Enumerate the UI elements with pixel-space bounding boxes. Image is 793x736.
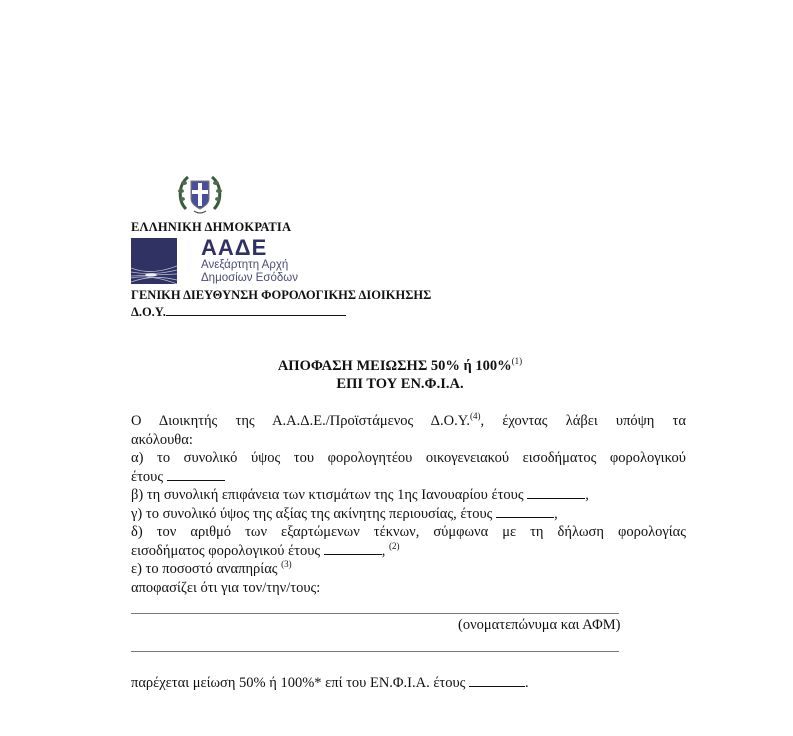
document-title: ΑΠΟΦΑΣΗ ΜΕΙΩΣΗΣ 50% ή 100%(1) bbox=[130, 358, 670, 375]
title-line1: ΑΠΟΦΑΣΗ ΜΕΙΩΣΗΣ 50% ή 100% bbox=[278, 358, 512, 374]
aade-title: ΑΑΔΕ bbox=[201, 235, 267, 261]
footnote-ref-4: (4) bbox=[470, 411, 481, 421]
item-b-text: β) τη συνολική επιφάνεια των κτισμάτων τ… bbox=[131, 487, 524, 503]
item-d-text: εισοδήματος φορολογικού έτους bbox=[131, 543, 320, 559]
item-b-year-field[interactable] bbox=[527, 486, 585, 499]
item-d-line1: δ) τον αριθμό των εξαρτώμενων τέκνων, σύ… bbox=[131, 523, 686, 542]
item-a-year-field[interactable] bbox=[167, 468, 225, 481]
greek-coat-of-arms-icon bbox=[176, 171, 224, 217]
footnote-ref-3: (3) bbox=[281, 559, 292, 569]
item-a-line1: α) το συνολικό ύψος του φορολογητέου οικ… bbox=[131, 449, 686, 468]
final-year-field[interactable] bbox=[469, 674, 525, 687]
item-b-comma: , bbox=[585, 487, 589, 503]
intro-line2: ακόλουθα: bbox=[131, 431, 686, 450]
document-subtitle: ΕΠΙ ΤΟΥ ΕΝ.Φ.Ι.Α. bbox=[130, 376, 670, 393]
item-c-comma: , bbox=[554, 506, 558, 522]
final-text: παρέχεται μείωση 50% ή 100%* επί του ΕΝ.… bbox=[131, 675, 465, 691]
doy-blank-field[interactable] bbox=[166, 303, 346, 316]
item-a-line2: έτους bbox=[131, 468, 686, 487]
item-b: β) τη συνολική επιφάνεια των κτισμάτων τ… bbox=[131, 486, 686, 505]
footnote-ref-1: (1) bbox=[512, 356, 523, 366]
footnote-ref-2: (2) bbox=[389, 541, 400, 551]
item-d-comma: , bbox=[382, 543, 386, 559]
doy-field-row: Δ.Ο.Υ. bbox=[131, 303, 346, 320]
intro-text-cont: , έχοντας λάβει υπόψη τα bbox=[481, 413, 686, 429]
beneficiary-name-field-2[interactable] bbox=[131, 651, 619, 652]
doy-label: Δ.Ο.Υ. bbox=[131, 305, 166, 319]
item-c-text: γ) το συνολικό ύψος της αξίας της ακίνητ… bbox=[131, 506, 492, 522]
aade-subtitle-line1: Ανεξάρτητη Αρχή bbox=[201, 259, 288, 271]
decides-line: αποφασίζει ότι για τον/την/τους: bbox=[131, 579, 686, 598]
beneficiary-name-field[interactable] bbox=[131, 613, 619, 614]
aade-logo-icon bbox=[131, 238, 177, 284]
name-caption: (ονοματεπώνυμα και ΑΦΜ) bbox=[458, 617, 620, 634]
directorate-heading: ΓΕΝΙΚΗ ΔΙΕΥΘΥΝΣΗ ΦΟΡΟΛΟΓΙΚΗΣ ΔΙΟΙΚΗΣΗΣ bbox=[131, 288, 431, 303]
body-text: Ο Διοικητής της Α.Α.Δ.Ε./Προϊστάμενος Δ.… bbox=[131, 412, 686, 597]
final-statement: παρέχεται μείωση 50% ή 100%* επί του ΕΝ.… bbox=[131, 674, 529, 692]
item-e-text: ε) το ποσοστό αναπηρίας bbox=[131, 561, 278, 577]
aade-subtitle-line2: Δημοσίων Εσόδων bbox=[201, 272, 298, 284]
republic-heading: ΕΛΛΗΝΙΚΗ ΔΗΜΟΚΡΑΤΙΑ bbox=[131, 220, 291, 235]
item-d-line2: εισοδήματος φορολογικού έτους , (2) bbox=[131, 542, 686, 561]
item-c-year-field[interactable] bbox=[496, 505, 554, 518]
intro-text: Ο Διοικητής της Α.Α.Δ.Ε./Προϊστάμενος Δ.… bbox=[131, 413, 470, 429]
intro-line: Ο Διοικητής της Α.Α.Δ.Ε./Προϊστάμενος Δ.… bbox=[131, 412, 686, 431]
item-d-year-field[interactable] bbox=[324, 542, 382, 555]
item-a-year-label: έτους bbox=[131, 469, 163, 485]
final-period: . bbox=[525, 675, 529, 691]
item-e: ε) το ποσοστό αναπηρίας (3) bbox=[131, 560, 686, 579]
item-c: γ) το συνολικό ύψος της αξίας της ακίνητ… bbox=[131, 505, 686, 524]
